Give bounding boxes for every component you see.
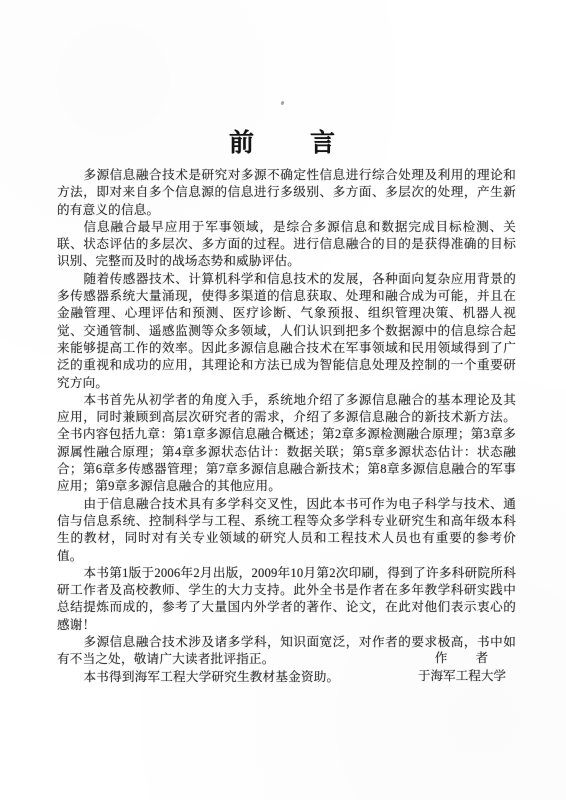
paragraph-applications: 随着传感器技术、计算机科学和信息技术的发展，各种面向复杂应用背景的多传感器系统大…	[57, 271, 516, 392]
paragraph-military-origin: 信息融合最早应用于军事领域，是综合多源信息和数据完成目标检测、关联、状态评估的多…	[57, 219, 516, 271]
scanned-preface-page: 前 言 多源信息融合技术是研究对多源不确定性信息进行综合处理及利用的理论和方法，…	[0, 0, 566, 800]
preface-title: 前 言	[0, 123, 566, 159]
paragraph-book-contents: 本书首先从初学者的角度入手，系统地介绍了多源信息融合的基本理论及其应用，同时兼顾…	[57, 392, 516, 496]
paragraph-intro-definition: 多源信息融合技术是研究对多源不确定性信息进行综合处理及利用的理论和方法，即对来自…	[57, 167, 516, 219]
scan-speck	[280, 101, 284, 106]
signature-block: 作 者 于海军工程大学	[418, 649, 506, 685]
preface-body: 多源信息融合技术是研究对多源不确定性信息进行综合处理及利用的理论和方法，即对来自…	[57, 167, 516, 686]
paragraph-target-readers: 由于信息融合技术具有多学科交叉性，因此本书可作为电子科学与技术、通信与信息系统、…	[57, 496, 516, 565]
signature-author: 作 者	[418, 649, 506, 667]
paragraph-edition-history: 本书第1版于2006年2月出版，2009年10月第2次印刷，得到了许多科研院所科…	[57, 565, 516, 634]
signature-affiliation: 于海军工程大学	[418, 667, 506, 685]
